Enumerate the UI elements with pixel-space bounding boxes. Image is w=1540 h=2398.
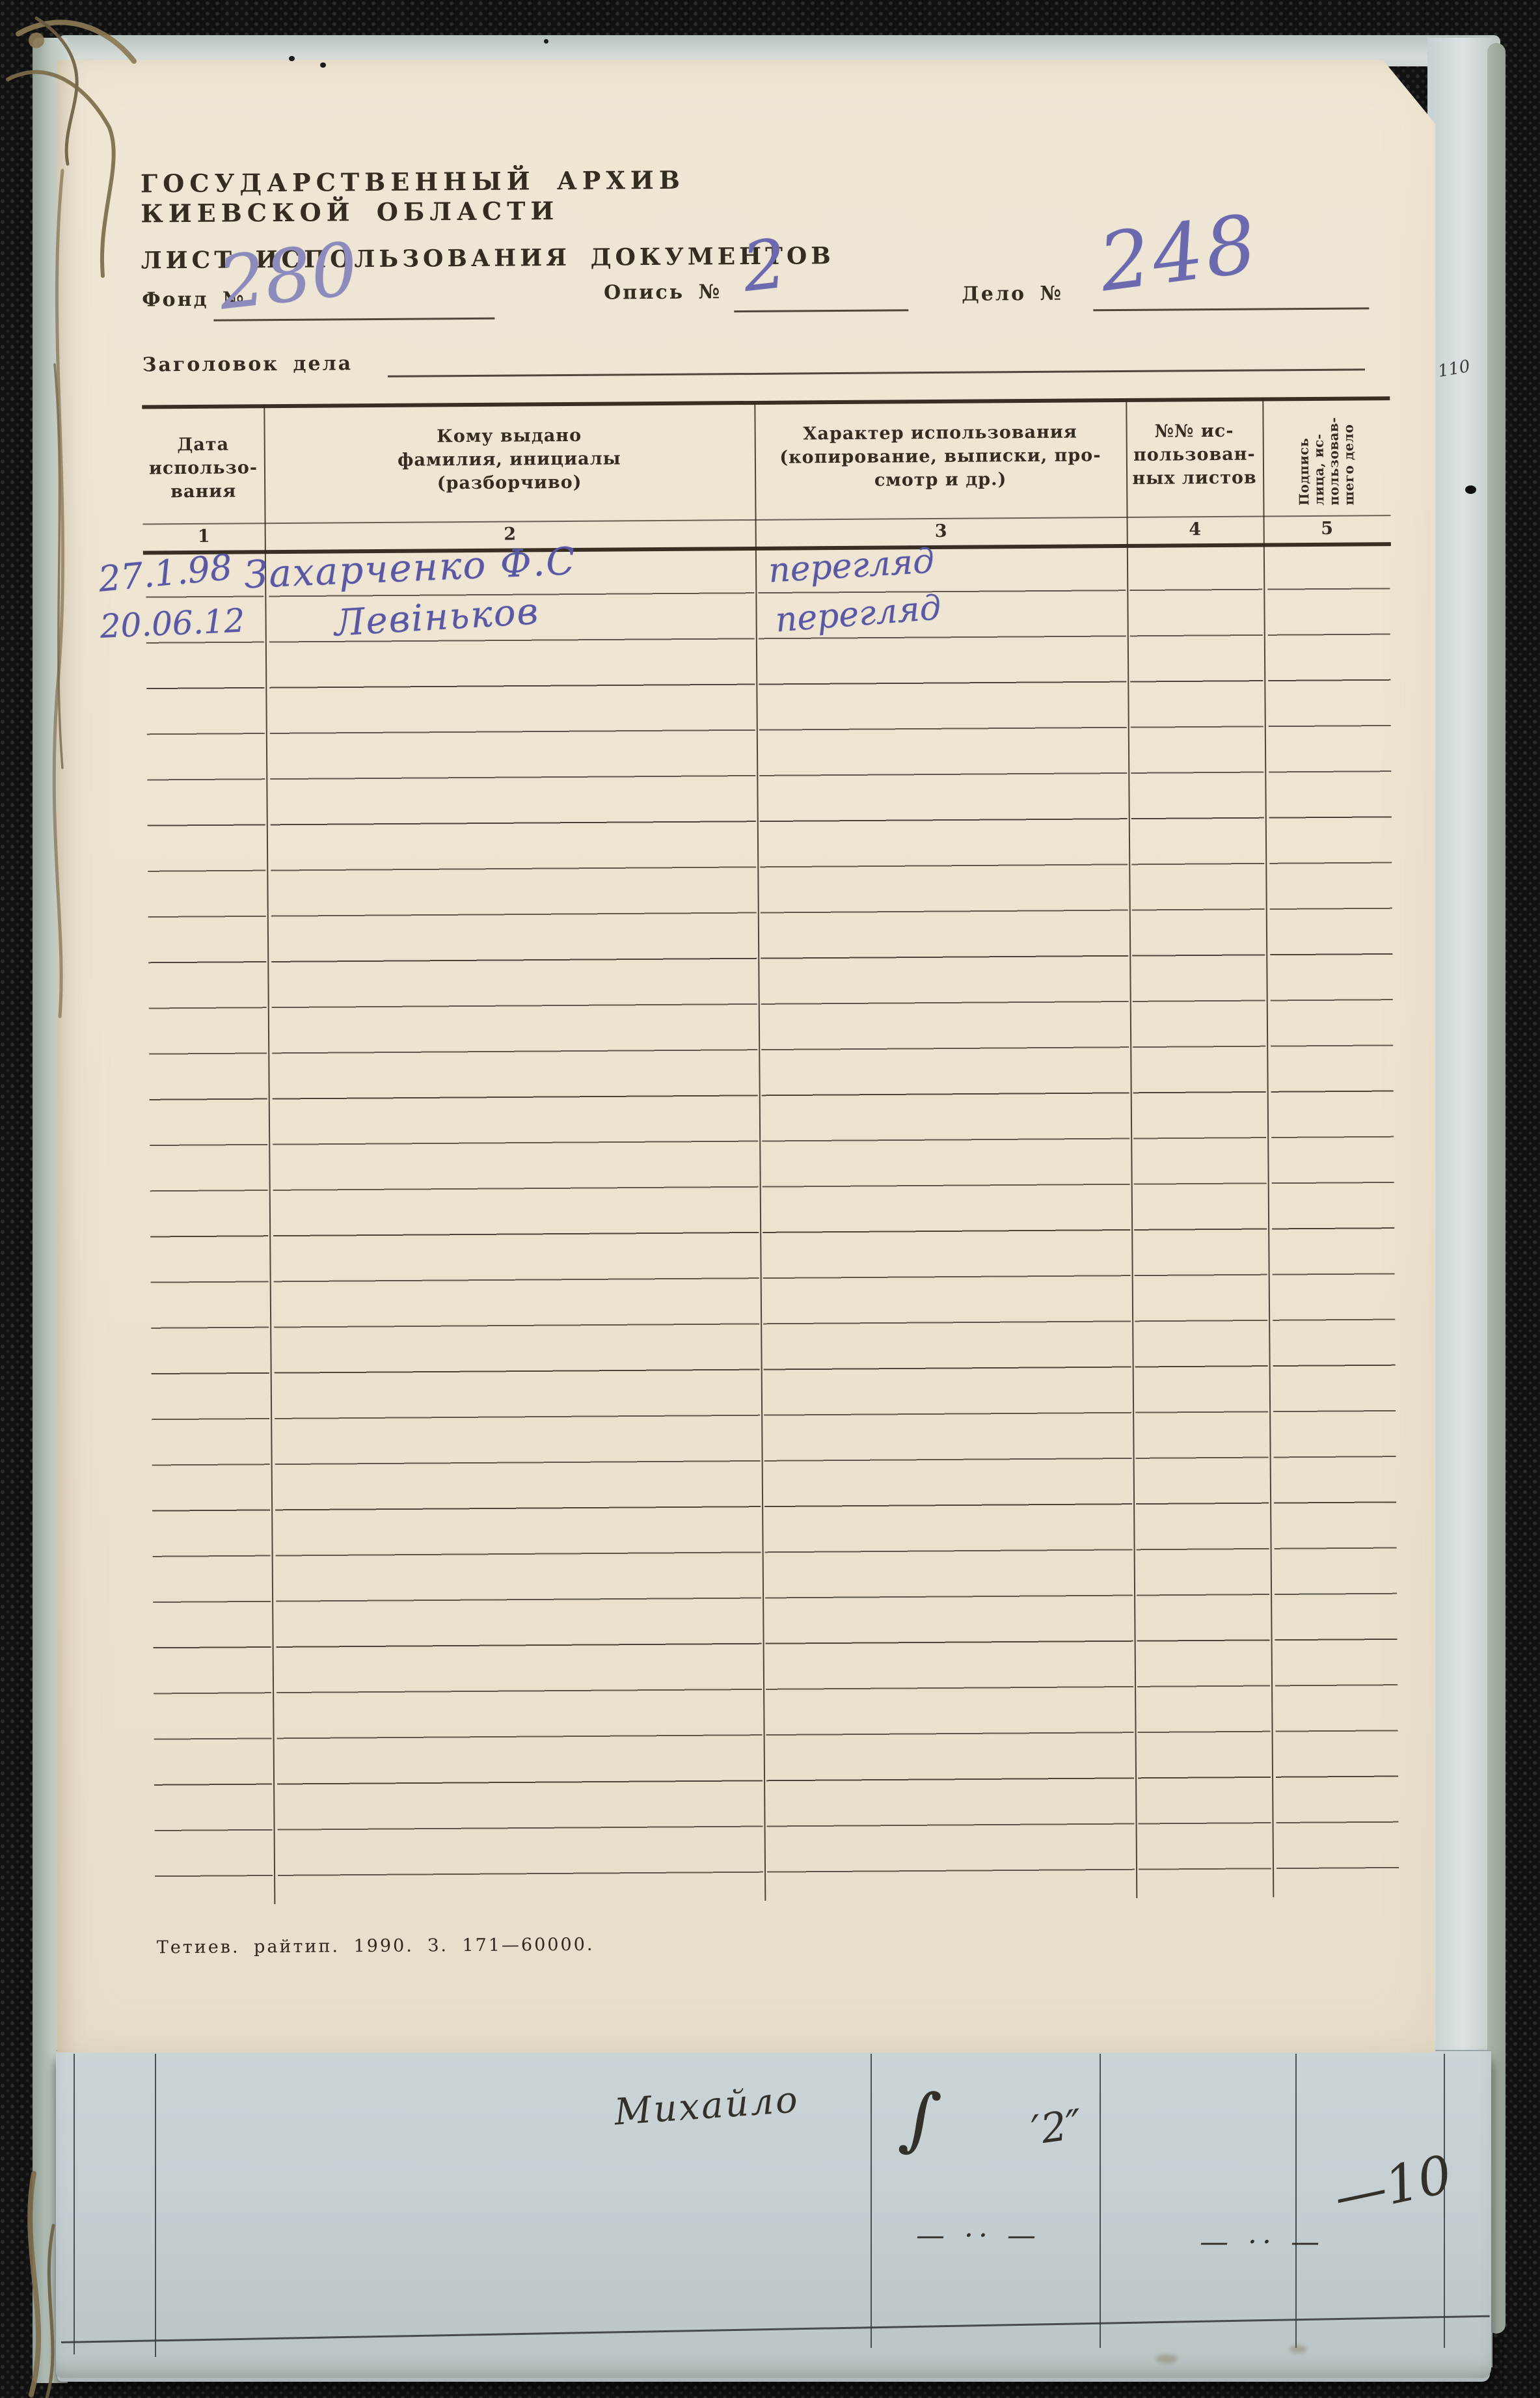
fond-value: 280 [214, 226, 362, 326]
usage-sheet: ГОСУДАРСТВЕННЫЙ АРХИВ КИЕВСКОЙ ОБЛАСТИ Л… [57, 60, 1435, 2052]
under-page-column-line [74, 2054, 75, 2354]
opis-value: 2 [738, 224, 790, 308]
archive-name-line1: ГОСУДАРСТВЕННЫЙ АРХИВ [141, 165, 685, 198]
under-page-column-line [871, 2054, 872, 2348]
col-header-date: Дата использо- вания [142, 433, 265, 504]
col-number-4: 4 [1127, 515, 1263, 543]
under-page: Михайло ∫ ′2″ — ·· — — ·· — —10 [56, 2050, 1491, 2378]
col-header-signature-text: Подпись лица, ис- пользовав- шего дело [1296, 417, 1357, 506]
under-page-ditto-left: — ·· — [916, 2219, 1041, 2252]
speck [320, 62, 326, 68]
archive-book-scan: Михайло ∫ ′2″ — ·· — — ·· — —10 ГОСУДАРС… [0, 0, 1540, 2398]
col-number-3: 3 [755, 517, 1127, 547]
stain [1290, 2345, 1306, 2353]
opis-label: Опись № [604, 280, 722, 304]
stain [1155, 2354, 1178, 2364]
col-header-issued-to: Кому выдано фамилия, инициалы (разборчив… [264, 423, 755, 497]
sheet-print-content: ГОСУДАРСТВЕННЫЙ АРХИВ КИЕВСКОЙ ОБЛАСТИ Л… [57, 51, 1449, 2053]
col-header-usage-type: Характер использования (копирование, вып… [755, 420, 1127, 493]
col-header-signature: Подпись лица, ис- пользовав- шего дело [1262, 402, 1390, 520]
col-header-sheets-used: №№ ис- пользован- ных листов [1126, 419, 1263, 490]
delo-label: Дело № [962, 282, 1063, 306]
archive-name-line2: КИЕВСКОЙ ОБЛАСТИ [141, 196, 559, 228]
under-page-column-line [1295, 2054, 1297, 2348]
heading-line [388, 368, 1365, 377]
under-page-flourish: ∫ [896, 2075, 945, 2163]
under-page-ditto-right: — ·· — [1200, 2226, 1325, 2259]
row-rules-col5 [1267, 543, 1399, 1869]
under-page-column-line [155, 2054, 156, 2357]
col-number-1: 1 [143, 523, 265, 551]
col-number-5: 5 [1263, 515, 1391, 543]
opis-line [734, 309, 908, 312]
under-page-bottom-line [61, 2315, 1490, 2343]
row-rules-col2 [269, 548, 763, 1876]
page-edge-right [1427, 38, 1493, 2367]
row-rules-col4 [1129, 545, 1271, 1870]
under-page-column-line [1100, 2054, 1101, 2348]
under-page-handwritten-name: Михайло [613, 2078, 801, 2134]
imprint: Тетиев. райтип. 1990. З. 171—60000. [157, 1935, 595, 1958]
under-page-number: —10 [1329, 2144, 1457, 2228]
entry-2-date: 20.06.12 [100, 602, 246, 646]
worm-hole [1465, 485, 1476, 494]
table-top-border [142, 396, 1390, 409]
under-page-mark: ′2″ [1029, 2100, 1085, 2154]
row-rules-col1 [146, 551, 273, 1877]
row-rules-col3 [758, 545, 1135, 1873]
page-edge-right-outer [1487, 43, 1506, 2334]
delo-line [1093, 307, 1369, 311]
speck [289, 56, 295, 61]
delo-value: 248 [1094, 197, 1264, 309]
heading-label: Заголовок дела [142, 352, 353, 376]
speck [544, 39, 548, 44]
